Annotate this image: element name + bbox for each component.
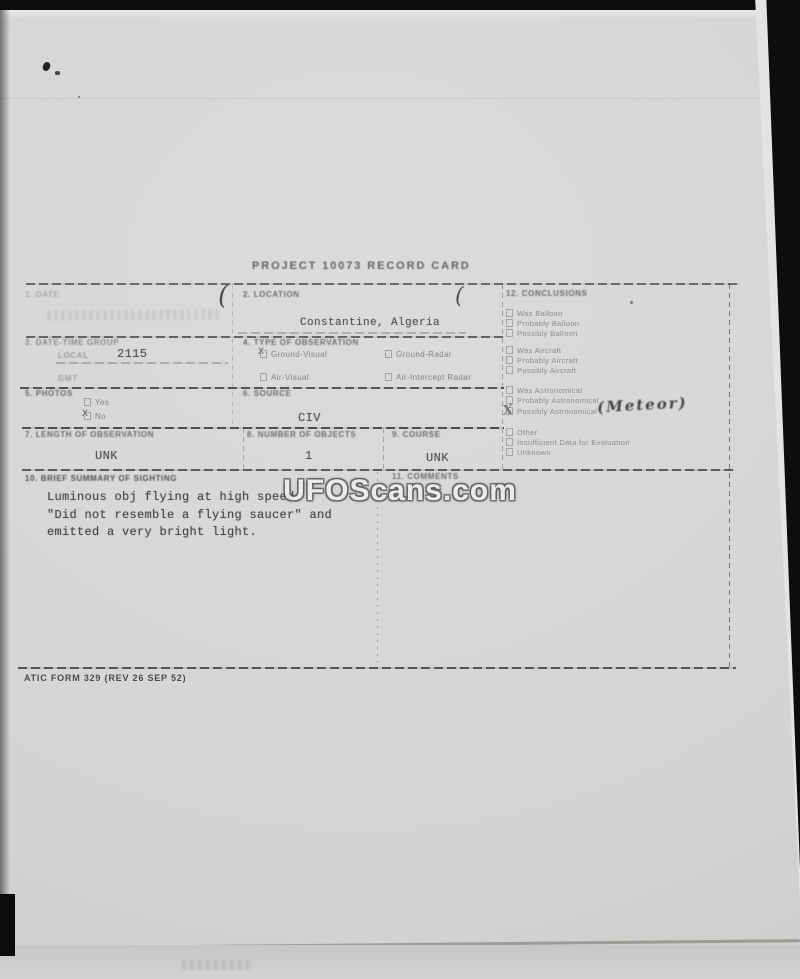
ink-speck (55, 71, 60, 75)
local-time-value: 2115 (117, 347, 147, 361)
checkbox-icon: X (506, 366, 513, 374)
scan-artifact-line (0, 98, 800, 99)
divider-line (22, 427, 504, 429)
scanner-edge-left (0, 0, 10, 979)
paper-top-highlight (0, 10, 800, 19)
conclusion-insufficient-data: XInsufficient Data for Evaluation (506, 438, 630, 447)
conclusion-label: Possibly Astronomical (517, 407, 597, 416)
field-label-brief-summary: 10. BRIEF SUMMARY OF SIGHTING (25, 475, 177, 484)
field-label-photos: 5. PHOTOS (25, 390, 73, 399)
checkbox-ground-radar: XGround-Radar (385, 350, 452, 359)
checkbox-icon: X (506, 438, 513, 446)
scanner-background-bottom (0, 945, 800, 979)
field-label-number-of-objects: 8. NUMBER OF OBJECTS (247, 431, 356, 440)
local-label: Local (58, 352, 89, 361)
watermark: UFOScans.com (283, 474, 517, 508)
checkbox-icon: X (385, 350, 392, 358)
conclusion-label: Was Balloon (517, 309, 563, 318)
conclusion-was-aircraft: XWas Aircraft (506, 346, 561, 355)
conclusion-label: Probably Balloon (517, 319, 579, 328)
field-label-date-time-group: 3. DATE-TIME GROUP (25, 339, 119, 348)
field-label-conclusions: 12. CONCLUSIONS (506, 290, 587, 299)
checkbox-photos-yes: XYes (84, 398, 109, 407)
summary-line: "Did not resemble a flying saucer" and (47, 507, 382, 525)
length-of-observation-value: UNK (95, 449, 118, 463)
card-right-border (729, 284, 730, 668)
number-of-objects-value: 1 (305, 449, 313, 463)
conclusion-possibly-aircraft: XPossibly Aircraft (506, 366, 576, 375)
conclusion-label: Insufficient Data for Evaluation (517, 438, 630, 447)
checkbox-icon: X (260, 350, 267, 358)
option-label: Ground-Radar (396, 350, 452, 359)
course-value: UNK (426, 451, 449, 465)
handwritten-x-mark: X (258, 347, 264, 358)
checkbox-icon: X (506, 407, 513, 415)
checkbox-photos-no: XNo (84, 412, 106, 421)
checkbox-icon: X (506, 356, 513, 364)
conclusion-was-balloon: XWas Balloon (506, 309, 563, 318)
conclusion-probably-astronomical: XProbably Astronomical (506, 396, 599, 405)
checkbox-air-visual: XAir-Visual (260, 373, 309, 382)
handwritten-x-mark: X (82, 409, 88, 420)
ink-speck (630, 301, 633, 304)
field-label-location: 2. LOCATION (243, 291, 300, 300)
scanned-document-page: PROJECT 10073 RECORD CARD ( ( 1. DATE 2.… (0, 0, 800, 979)
gmt-label: GMT (58, 375, 78, 384)
conclusion-possibly-balloon: XPossibly Balloon (506, 329, 578, 338)
conclusion-label: Was Aircraft (517, 346, 561, 355)
faded-date-smudge (48, 309, 220, 320)
card-title: PROJECT 10073 RECORD CARD (252, 260, 471, 272)
conclusion-other: XOther (506, 428, 538, 437)
value-underline (56, 362, 228, 364)
checkbox-icon: X (385, 373, 392, 381)
cell-divider (243, 428, 244, 470)
handwritten-paren-mark: ( (455, 284, 464, 309)
scanner-edge-bottom-left (0, 894, 15, 956)
column-divider (232, 284, 233, 428)
summary-line: emitted a very bright light. (47, 524, 382, 542)
form-number: ATIC FORM 329 (REV 26 SEP 52) (24, 673, 186, 683)
field-label-source: 6. SOURCE (243, 390, 292, 399)
cell-divider (383, 428, 384, 470)
checkbox-ground-visual: XGround-Visual (260, 350, 327, 359)
field-label-length-of-observation: 7. LENGTH OF OBSERVATION (25, 431, 154, 440)
option-label: Yes (95, 398, 109, 407)
option-label: Air-Visual (271, 373, 309, 382)
field-label-course: 9. COURSE (392, 431, 441, 440)
checkbox-icon: X (506, 309, 513, 317)
conclusion-label: Other (517, 428, 538, 437)
location-value: Constantine, Algeria (300, 317, 440, 329)
field-label-date: 1. DATE (25, 291, 59, 300)
divider-line (22, 469, 734, 471)
scanner-edge-top (0, 0, 800, 10)
ink-speck (78, 96, 80, 98)
option-label: No (95, 412, 106, 421)
checkbox-icon: X (260, 373, 267, 381)
conclusion-label: Possibly Balloon (517, 329, 578, 338)
conclusion-label: Was Astronomical (517, 386, 582, 395)
faded-pencil-smudge (182, 960, 252, 970)
divider-line (26, 283, 740, 285)
conclusion-label: Unknown (517, 448, 551, 457)
handwritten-x-mark: X (502, 402, 514, 418)
conclusion-label: Probably Astronomical (517, 396, 599, 405)
checkbox-icon: X (506, 329, 513, 337)
conclusion-probably-aircraft: XProbably Aircraft (506, 356, 578, 365)
checkbox-icon: X (84, 412, 91, 420)
conclusion-probably-balloon: XProbably Balloon (506, 319, 579, 328)
conclusion-possibly-astronomical: XPossibly Astronomical (506, 407, 597, 416)
handwritten-paren-mark: ( (218, 281, 228, 311)
checkbox-icon: X (84, 398, 91, 406)
conclusion-unknown: XUnknown (506, 448, 551, 457)
divider-line (18, 667, 736, 669)
option-label: Ground-Visual (271, 350, 327, 359)
checkbox-icon: X (506, 386, 513, 394)
checkbox-icon: X (506, 346, 513, 354)
conclusion-label: Probably Aircraft (517, 356, 578, 365)
checkbox-icon: X (506, 428, 513, 436)
value-underline (238, 332, 466, 334)
checkbox-icon: X (506, 448, 513, 456)
option-label: Air-Intercept Radar (396, 373, 471, 382)
conclusion-label: Possibly Aircraft (517, 366, 576, 375)
checkbox-icon: X (506, 319, 513, 327)
conclusion-was-astronomical: XWas Astronomical (506, 386, 582, 395)
column-divider (502, 284, 503, 470)
checkbox-air-intercept-radar: XAir-Intercept Radar (385, 373, 471, 382)
source-value: CIV (298, 411, 321, 425)
